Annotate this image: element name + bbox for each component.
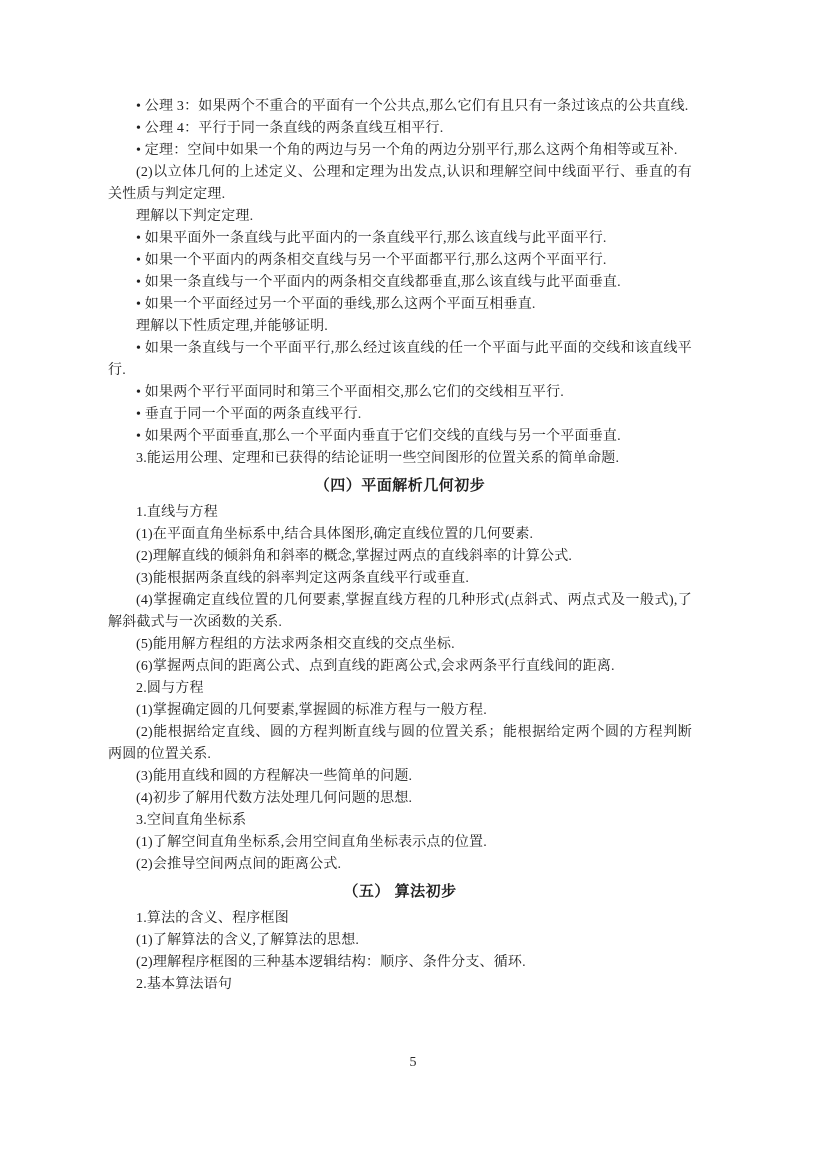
bullet-item: • 如果两个平面垂直,那么一个平面内垂直于它们交线的直线与另一个平面垂直. bbox=[108, 426, 692, 448]
paragraph: 理解以下判定定理. bbox=[108, 206, 692, 228]
paragraph: (1)了解空间直角坐标系,会用空间直角坐标表示点的位置. bbox=[108, 832, 692, 854]
bullet-item: • 公理 3：如果两个不重合的平面有一个公共点,那么它们有且只有一条过该点的公共… bbox=[108, 96, 692, 118]
paragraph: (2)能根据给定直线、圆的方程判断直线与圆的位置关系；能根据给定两个圆的方程判断… bbox=[108, 722, 692, 766]
bullet-item: • 公理 4：平行于同一条直线的两条直线互相平行. bbox=[108, 118, 692, 140]
paragraph: (1)掌握确定圆的几何要素,掌握圆的标准方程与一般方程. bbox=[108, 700, 692, 722]
paragraph: 2.圆与方程 bbox=[108, 678, 692, 700]
paragraph: 3.能运用公理、定理和已获得的结论证明一些空间图形的位置关系的简单命题. bbox=[108, 448, 692, 470]
paragraph: (5)能用解方程组的方法求两条相交直线的交点坐标. bbox=[108, 634, 692, 656]
section-heading: （四）平面解析几何初步 bbox=[108, 475, 692, 497]
bullet-item: • 如果一条直线与一个平面内的两条相交直线都垂直,那么该直线与此平面垂直. bbox=[108, 272, 692, 294]
paragraph: (4)初步了解用代数方法处理几何问题的思想. bbox=[108, 788, 692, 810]
paragraph: 理解以下性质定理,并能够证明. bbox=[108, 316, 692, 338]
paragraph: 1.直线与方程 bbox=[108, 502, 692, 524]
paragraph: 3.空间直角坐标系 bbox=[108, 810, 692, 832]
paragraph: (2)理解直线的倾斜角和斜率的概念,掌握过两点的直线斜率的计算公式. bbox=[108, 546, 692, 568]
paragraph: (1)了解算法的含义,了解算法的思想. bbox=[108, 930, 692, 952]
bullet-item: • 如果一个平面经过另一个平面的垂线,那么这两个平面互相垂直. bbox=[108, 294, 692, 316]
paragraph: (3)能根据两条直线的斜率判定这两条直线平行或垂直. bbox=[108, 568, 692, 590]
bullet-item: • 如果平面外一条直线与此平面内的一条直线平行,那么该直线与此平面平行. bbox=[108, 228, 692, 250]
bullet-item: • 如果两个平行平面同时和第三个平面相交,那么它们的交线相互平行. bbox=[108, 382, 692, 404]
paragraph: (1)在平面直角坐标系中,结合具体图形,确定直线位置的几何要素. bbox=[108, 524, 692, 546]
paragraph: (3)能用直线和圆的方程解决一些简单的问题. bbox=[108, 766, 692, 788]
bullet-item: • 如果一个平面内的两条相交直线与另一个平面都平行,那么这两个平面平行. bbox=[108, 250, 692, 272]
paragraph: (2)会推导空间两点间的距离公式. bbox=[108, 854, 692, 876]
paragraph: (6)掌握两点间的距离公式、点到直线的距离公式,会求两条平行直线间的距离. bbox=[108, 656, 692, 678]
bullet-item: • 垂直于同一个平面的两条直线平行. bbox=[108, 404, 692, 426]
bullet-item: • 定理：空间中如果一个角的两边与另一个角的两边分别平行,那么这两个角相等或互补… bbox=[108, 140, 692, 162]
paragraph: (2)理解程序框图的三种基本逻辑结构：顺序、条件分支、循环. bbox=[108, 952, 692, 974]
page-number: 5 bbox=[0, 1052, 826, 1074]
paragraph: (4)掌握确定直线位置的几何要素,掌握直线方程的几种形式(点斜式、两点式及一般式… bbox=[108, 590, 692, 634]
paragraph: (2)以立体几何的上述定义、公理和定理为出发点,认识和理解空间中线面平行、垂直的… bbox=[108, 162, 692, 206]
bullet-item: • 如果一条直线与一个平面平行,那么经过该直线的任一个平面与此平面的交线和该直线… bbox=[108, 338, 692, 382]
document-body: • 公理 3：如果两个不重合的平面有一个公共点,那么它们有且只有一条过该点的公共… bbox=[108, 96, 692, 996]
paragraph: 2.基本算法语句 bbox=[108, 974, 692, 996]
document-page: • 公理 3：如果两个不重合的平面有一个公共点,那么它们有且只有一条过该点的公共… bbox=[0, 0, 826, 1169]
paragraph: 1.算法的含义、程序框图 bbox=[108, 908, 692, 930]
section-heading: （五） 算法初步 bbox=[108, 881, 692, 903]
